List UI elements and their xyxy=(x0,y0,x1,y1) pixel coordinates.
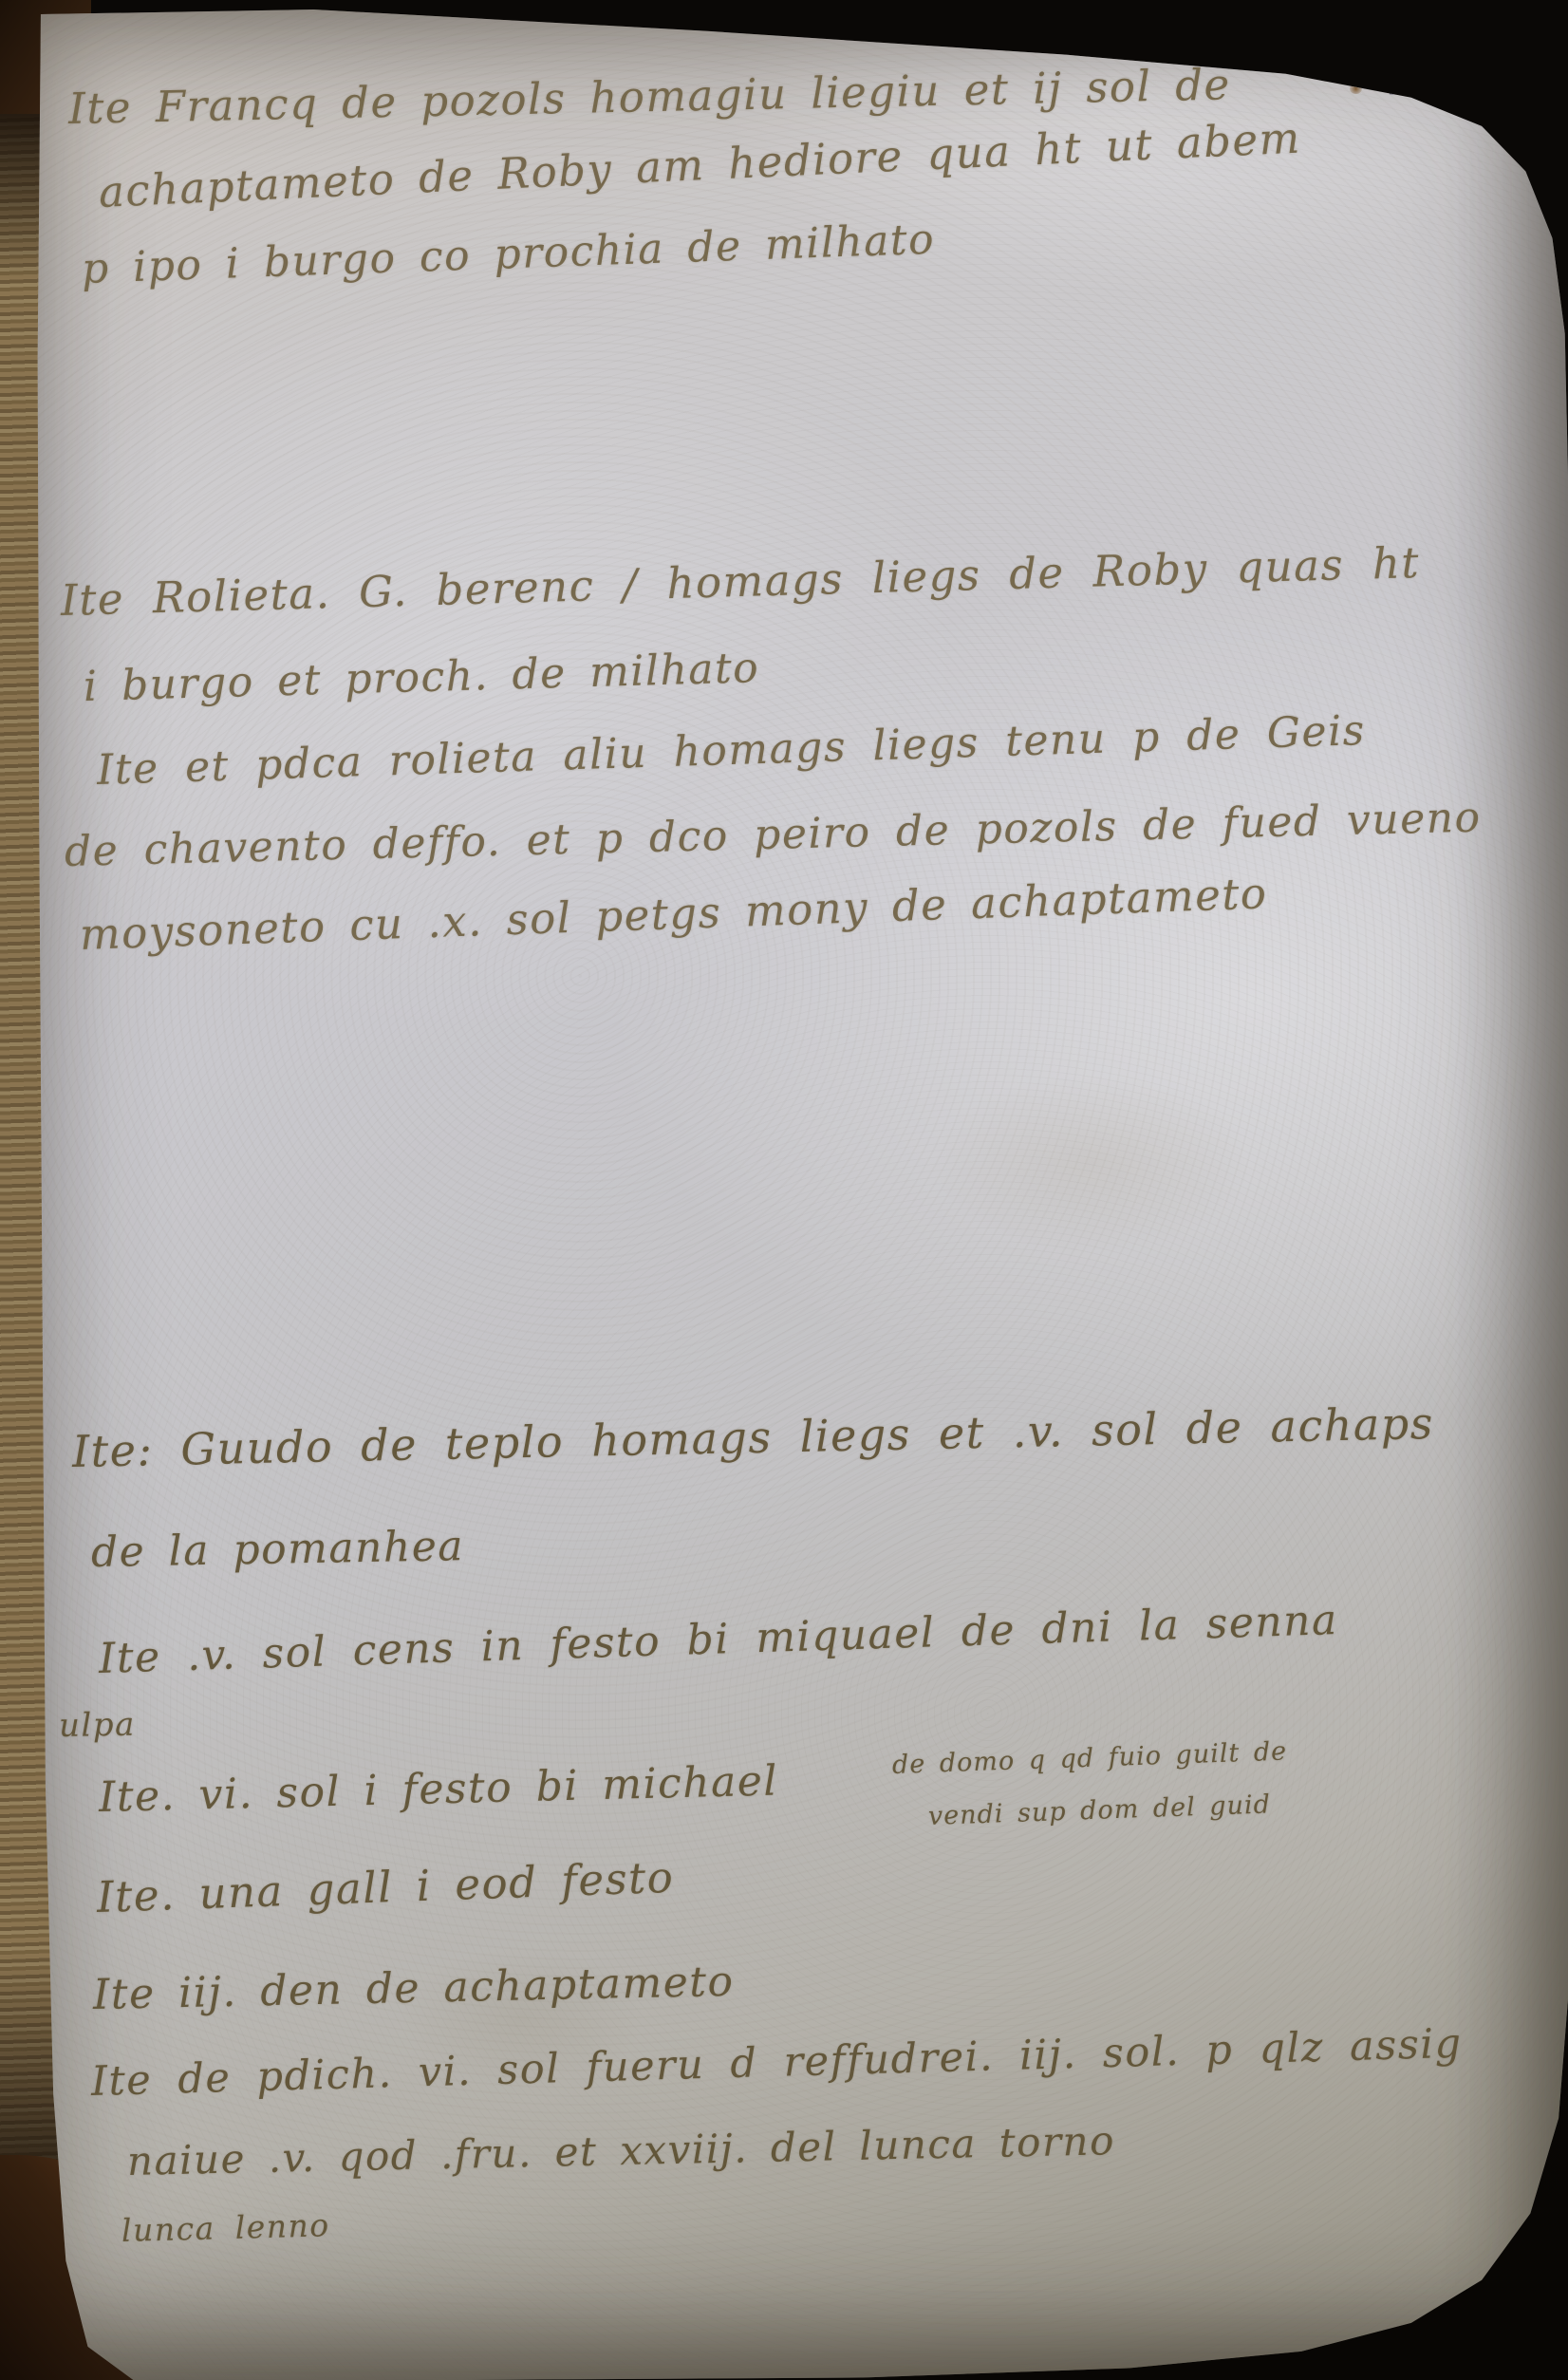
show-through-blot xyxy=(930,1073,1253,1253)
manuscript-line: Ite. vi. sol i festo bi michael xyxy=(98,1757,778,1822)
manuscript-line: Ite Francq de pozols homagiu liegiu et i… xyxy=(67,59,1231,134)
manuscript-line: i burgo et proch. de milhato xyxy=(83,644,760,711)
manuscript-line: p ipo i burgo co prochia de milhato xyxy=(81,216,936,293)
manuscript-line: Ite .v. sol cens in festo bi miquael de … xyxy=(98,1596,1338,1683)
manuscript-line: naiue .v. qod .fru. et xxviij. del lunca… xyxy=(126,2117,1115,2184)
parchment-page: 4 Ite Francq de pozols homagiu liegiu et… xyxy=(0,0,1568,2380)
show-through-blot xyxy=(399,1946,645,2089)
manuscript-line: Ite et pdca rolieta aliu homags liegs te… xyxy=(96,706,1366,795)
manuscript-line: Ite Rolieta. G. berenc / homags liegs de… xyxy=(60,537,1420,626)
manuscript-line: Ite iij. den de achaptameto xyxy=(92,1958,734,2019)
manuscript-line: ulpa xyxy=(59,1706,136,1745)
manuscript-line: Ite de pdich. vi. sol fueru d reffudrei.… xyxy=(90,2020,1463,2106)
manuscript-line: de la pomanhea xyxy=(91,1522,465,1577)
manuscript-line: moysoneto cu .x. sol petgs mony de achap… xyxy=(79,868,1268,960)
folio-number: 4 xyxy=(1375,20,1431,116)
manuscript-line: de chavento deffo. et p dco peiro de poz… xyxy=(64,794,1482,876)
manuscript-line: Ite. una gall i eod festo xyxy=(96,1852,675,1922)
interlinear-note: de domo q qd fuio guilt de xyxy=(891,1736,1287,1780)
manuscript-photo: 4 Ite Francq de pozols homagiu liegiu et… xyxy=(0,0,1568,2380)
manuscript-line: lunca lenno xyxy=(121,2206,330,2249)
ink-stain xyxy=(1350,84,1362,94)
manuscript-line: Ite: Guudo de teplo homags liegs et .v. … xyxy=(71,1397,1434,1477)
interlinear-note: vendi sup dom del guid xyxy=(927,1790,1271,1831)
manuscript-line: achaptameto de Roby am hediore qua ht ut… xyxy=(98,113,1302,217)
